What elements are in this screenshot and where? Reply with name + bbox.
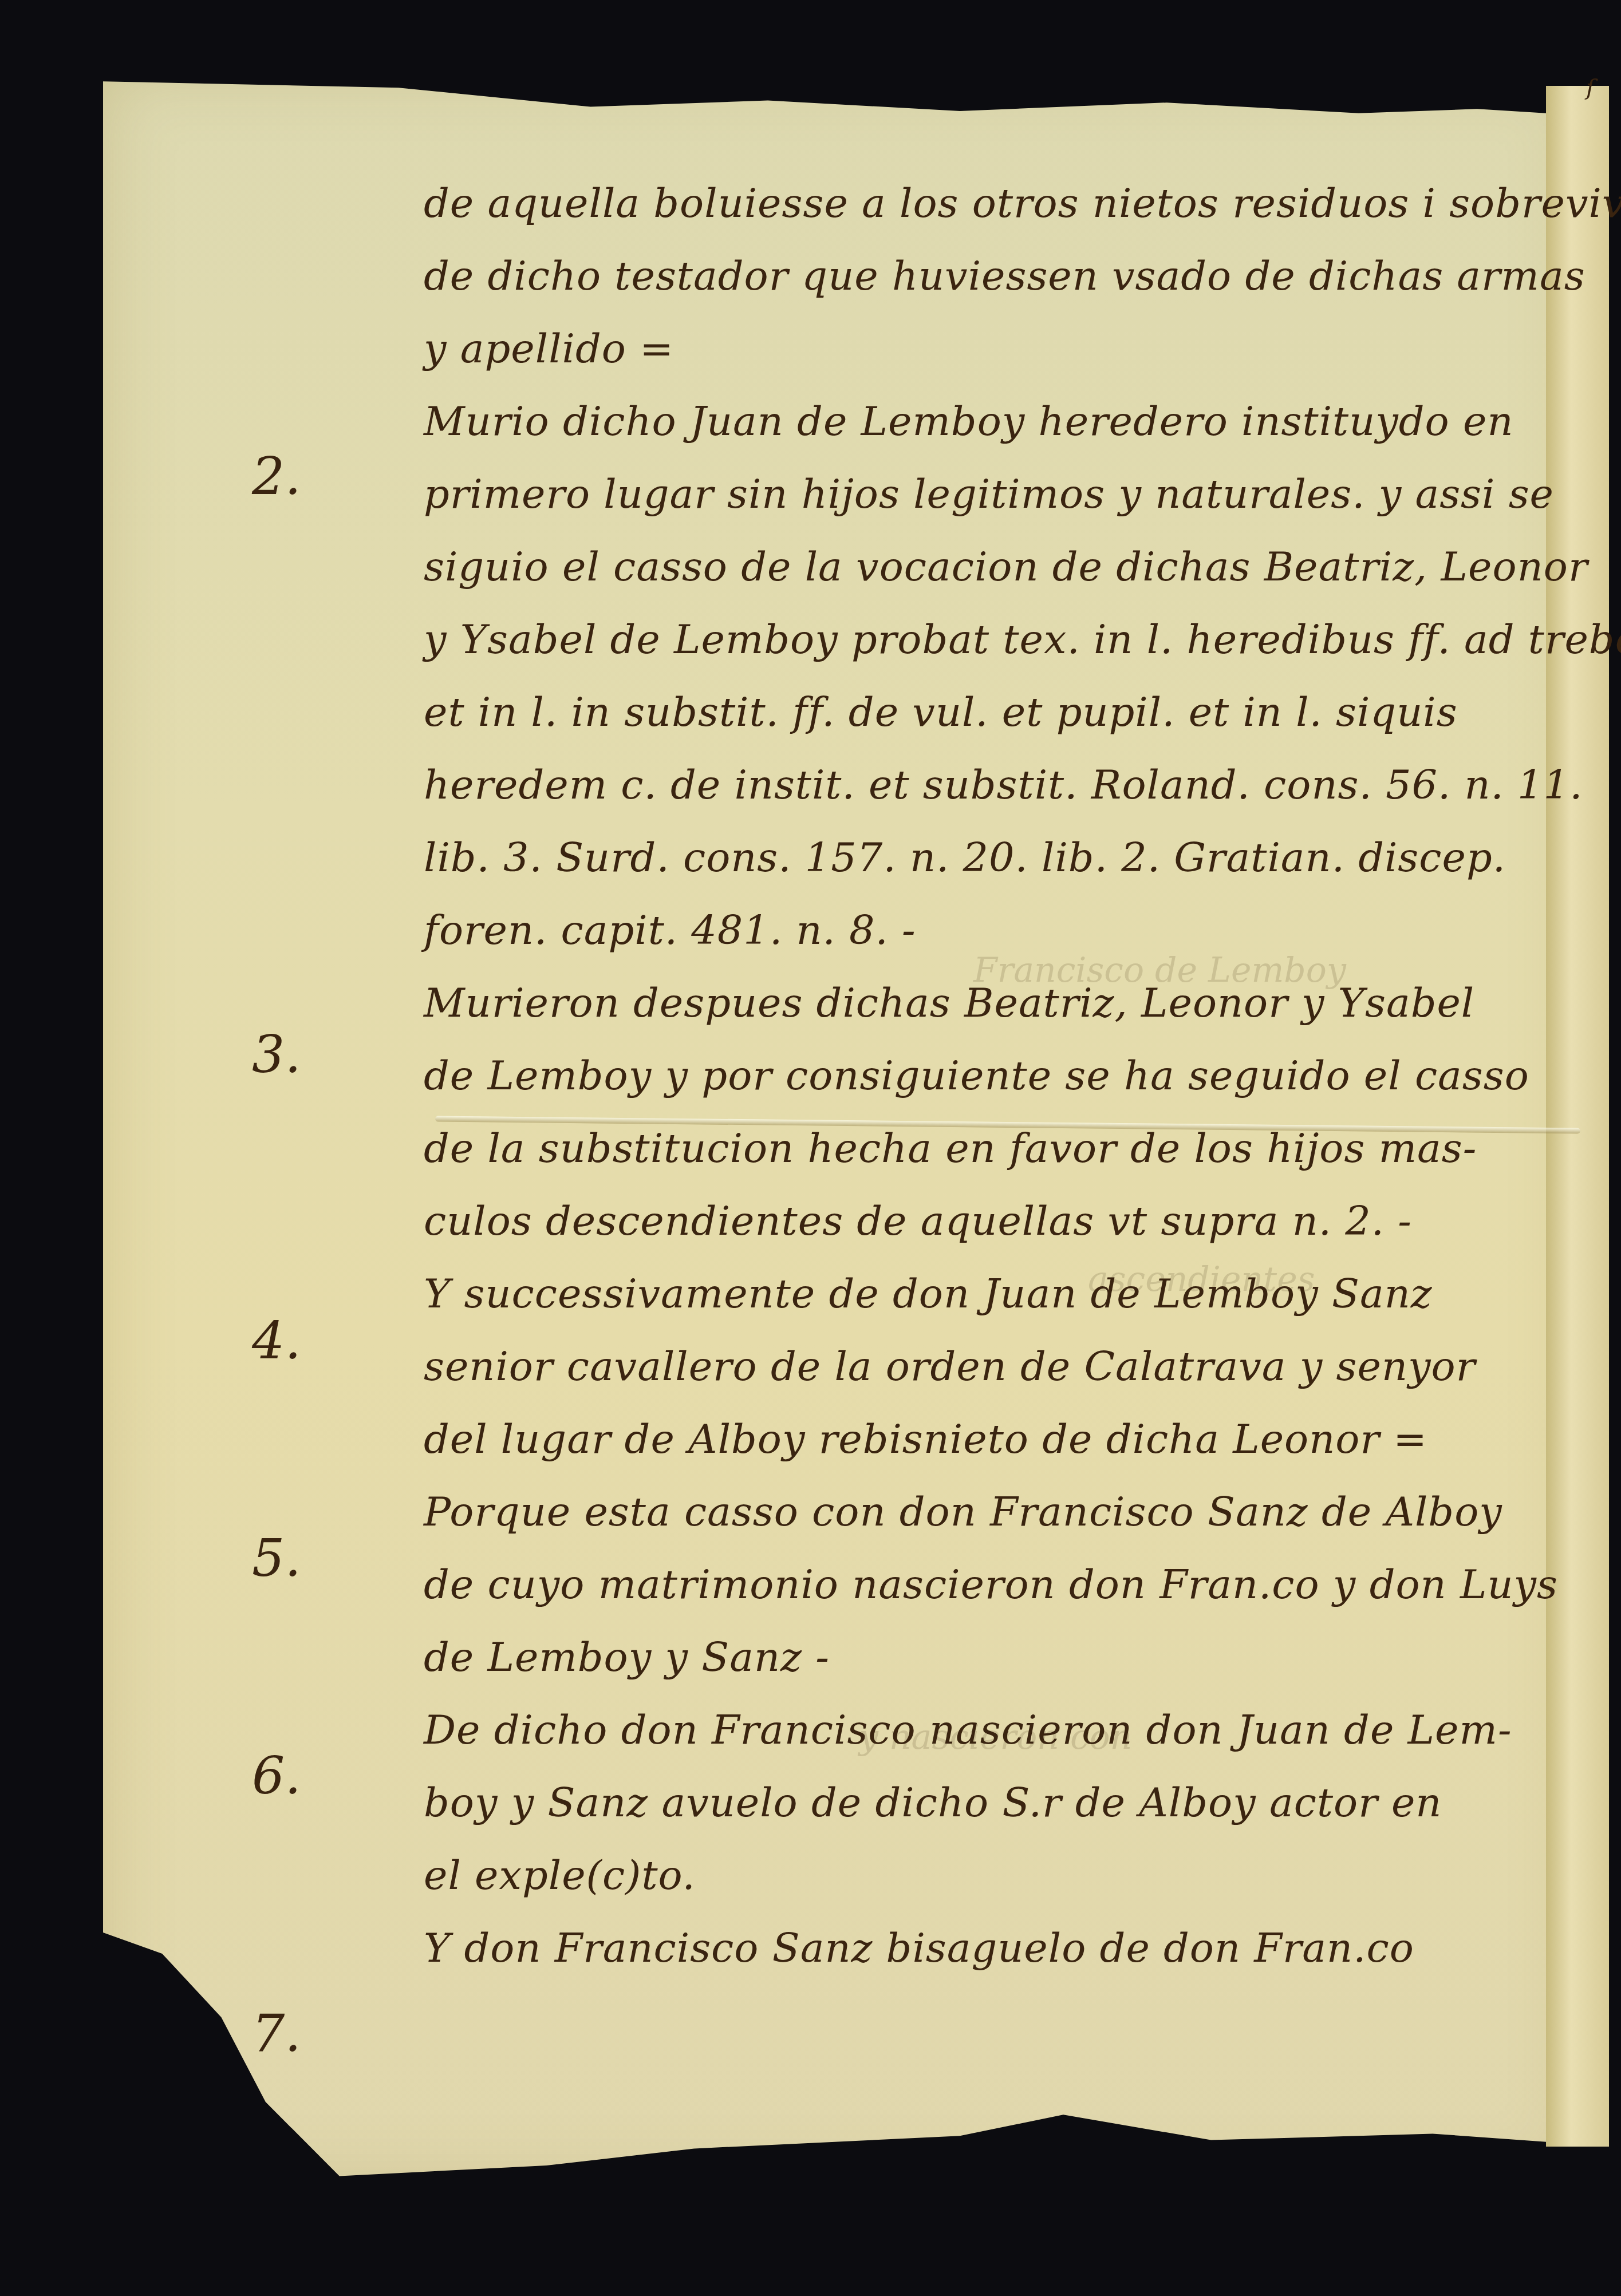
text-line: Porque esta casso con don Francisco Sanz… [424, 1492, 1512, 1564]
text-line: de Lemboy y por consiguiente se ha segui… [424, 1056, 1512, 1128]
text-line: culos descendientes de aquellas vt supra… [424, 1201, 1512, 1274]
text-line: y apellido = [424, 329, 1512, 401]
text-line: Murieron despues dichas Beatriz, Leonor … [424, 983, 1512, 1056]
text-line: de cuyo matrimonio nascieron don Fran.co… [424, 1564, 1512, 1637]
text-line: lib. 3. Surd. cons. 157. n. 20. lib. 2. … [424, 837, 1512, 910]
text-line: el exple(c)to. [424, 1855, 1512, 1928]
text-line: boy y Sanz avuelo de dicho S.r de Alboy … [424, 1783, 1512, 1855]
text-line: foren. capit. 481. n. 8. - [424, 910, 1512, 983]
text-line: y Ysabel de Lemboy probat tex. in l. her… [424, 619, 1512, 692]
adjacent-page-edge [1546, 86, 1609, 2147]
text-line: de dicho testador que huviessen vsado de… [424, 256, 1512, 329]
text-line: De dicho don Francisco nascieron don Jua… [424, 1710, 1512, 1783]
text-line: primero lugar sin hijos legitimos y natu… [424, 474, 1512, 547]
margin-number: 2. [252, 446, 301, 507]
text-line: Y successivamente de don Juan de Lemboy … [424, 1274, 1512, 1346]
text-line: del lugar de Alboy rebisnieto de dicha L… [424, 1419, 1512, 1492]
margin-number: 7. [252, 2003, 301, 2064]
text-line: Murio dicho Juan de Lemboy heredero inst… [424, 401, 1512, 474]
text-line: Y don Francisco Sanz bisaguelo de don Fr… [424, 1928, 1512, 2001]
text-line: de la substitucion hecha en favor de los… [424, 1128, 1512, 1201]
text-line: de aquella boluiesse a los otros nietos … [424, 183, 1512, 256]
margin-number: 4. [252, 1311, 301, 1371]
manuscript-text: de aquella boluiesse a los otros nietos … [424, 183, 1512, 2001]
margin-number: 5. [252, 1528, 301, 1588]
text-line: heredem c. de instit. et substit. Roland… [424, 765, 1512, 837]
margin-number: 6. [252, 1746, 301, 1806]
text-line: et in l. in substit. ff. de vul. et pupi… [424, 692, 1512, 765]
text-line: senior cavallero de la orden de Calatrav… [424, 1346, 1512, 1419]
margin-number: 3. [252, 1025, 301, 1085]
text-line: de Lemboy y Sanz - [424, 1637, 1512, 1710]
edge-mark: ſ [1586, 74, 1595, 101]
text-line: siguio el casso de la vocacion de dichas… [424, 547, 1512, 619]
